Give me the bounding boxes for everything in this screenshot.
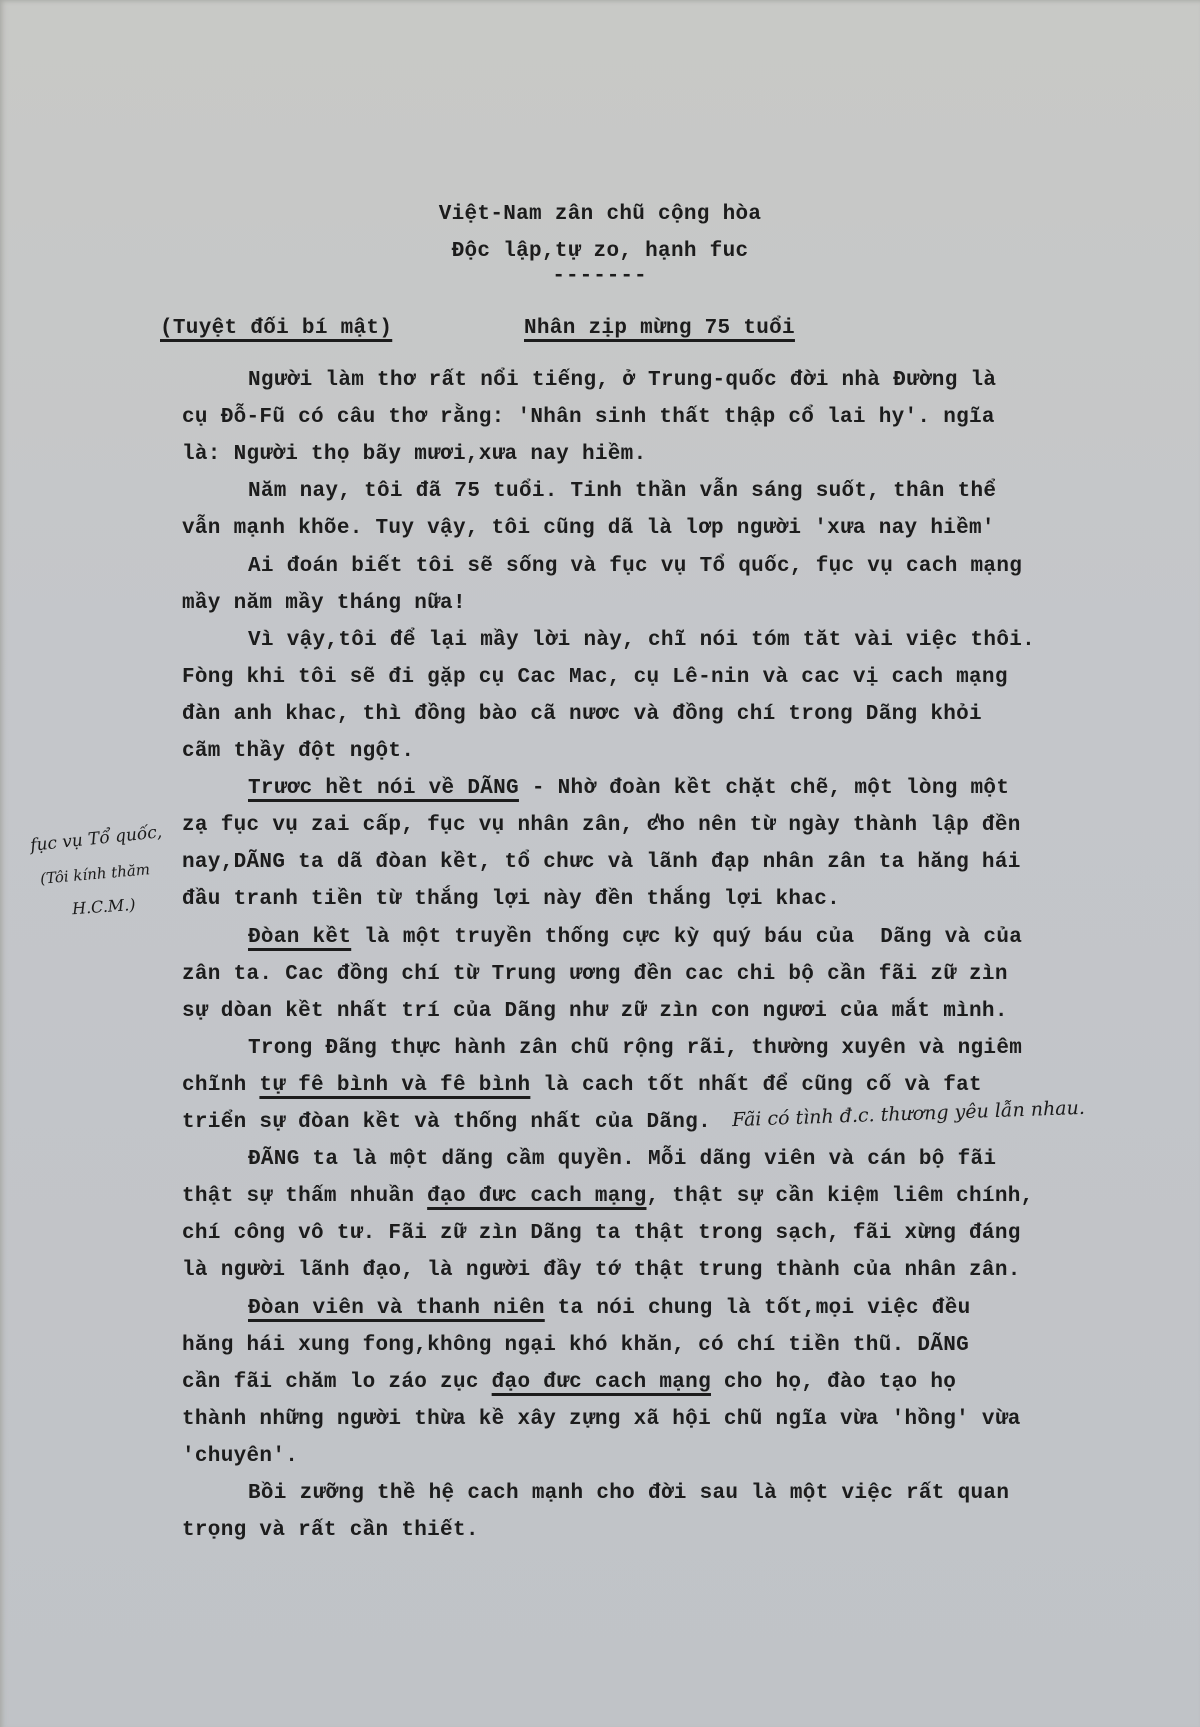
text-segment: Bồi zưỡng thề hệ cach mạnh cho đời sau l…	[248, 1482, 1009, 1505]
text-segment: là: Người thọ bãy mươi,xưa nay hiềm.	[182, 443, 646, 466]
text-line: Vì vậy,tôi để lại mầy lời này, chĩ nói t…	[248, 630, 1035, 651]
classification-label: (Tuyệt đối bí mật)	[160, 318, 392, 339]
text-line: Bồi zưỡng thề hệ cach mạnh cho đời sau l…	[248, 1483, 1009, 1504]
header-rule: -------	[0, 266, 1200, 287]
text-line: Người làm thơ rất nổi tiếng, ở Trung-quố…	[248, 370, 996, 391]
text-line: 'chuyên'.	[182, 1446, 298, 1467]
text-line: zân ta. Cac đồng chí từ Trung ương đền c…	[182, 964, 1008, 985]
text-segment: ta nói chung là tốt,mọi việc đều	[545, 1297, 971, 1320]
margin-note-line-3: H.C.M.)	[71, 896, 136, 918]
margin-note-line-1: fục vụ Tổ quốc,	[29, 823, 163, 855]
text-line: Fòng khi tôi sẽ đi gặp cụ Cac Mac, cụ Lê…	[182, 667, 1008, 688]
underlined-phrase: Đòan viên và thanh niên	[248, 1297, 545, 1320]
text-segment: cho họ, đào tạo họ	[711, 1371, 956, 1394]
text-line: triển sự đòan kềt và thống nhất của Dãng…	[182, 1112, 711, 1133]
text-segment: là một truyền thống cực kỳ quý báu của D…	[351, 926, 1022, 949]
text-line: Trươc hềt nói về DÃNG - Nhờ đoàn kềt chặ…	[248, 778, 1009, 799]
underlined-phrase: đạo đưc cach mạng	[492, 1371, 711, 1394]
text-line: thành những người thừa kề xây zựng xã hộ…	[182, 1409, 1021, 1430]
text-segment: Fòng khi tôi sẽ đi gặp cụ Cac Mac, cụ Lê…	[182, 666, 1008, 689]
text-segment: - Nhờ đoàn kềt chặt chẽ, một lòng một	[519, 777, 1009, 800]
text-line: vẫn mạnh khõe. Tuy vậy, tôi cũng dã là l…	[182, 518, 995, 539]
text-line: cụ Đỗ-Fũ có câu thơ rằng: 'Nhân sinh thấ…	[182, 407, 995, 428]
text-segment: cụ Đỗ-Fũ có câu thơ rằng: 'Nhân sinh thấ…	[182, 406, 995, 429]
text-line: zạ fục vụ zai cấp, fục vụ nhân zân, cho …	[182, 815, 1021, 836]
text-segment: là người lãnh đạo, là người đầy tớ thật …	[182, 1259, 1021, 1282]
text-segment: chí công vô tư. Fãi zữ zìn Dãng ta thật …	[182, 1222, 1021, 1245]
text-segment: cần fãi chăm lo záo zục	[182, 1371, 492, 1394]
text-segment: Trong Đãng thực hành zân chũ rộng rãi, t…	[248, 1037, 1022, 1060]
underlined-phrase: tự fê bình và fê bình	[259, 1074, 530, 1097]
margin-note-line-2: (Tôi kính thăm	[39, 861, 150, 887]
text-line: Đòan viên và thanh niên ta nói chung là …	[248, 1298, 971, 1319]
text-line: mầy năm mầy tháng nữa!	[182, 593, 466, 614]
text-segment: , thật sự cần kiệm liêm chính,	[646, 1185, 1033, 1208]
text-segment: thành những người thừa kề xây zựng xã hộ…	[182, 1408, 1021, 1431]
text-segment: 'chuyên'.	[182, 1445, 298, 1468]
text-line: chĩnh tự fê bình và fê bình là cach tốt …	[182, 1075, 982, 1096]
text-line: Năm nay, tôi đã 75 tuổi. Tinh thần vẫn s…	[248, 481, 996, 502]
text-segment: trọng và rất cần thiết.	[182, 1519, 479, 1542]
text-segment: thật sự thấm nhuần	[182, 1185, 427, 1208]
inline-handwritten-note: Fãi có tình đ.c. thương yêu lẫn nhau.	[732, 1098, 1085, 1131]
text-segment: mầy năm mầy tháng nữa!	[182, 592, 466, 615]
text-line: hăng hái xung fong,không ngại khó khăn, …	[182, 1335, 969, 1356]
text-segment: Năm nay, tôi đã 75 tuổi. Tinh thần vẫn s…	[248, 480, 996, 503]
text-line: Đòan kềt là một truyền thống cực kỳ quý …	[248, 927, 1022, 948]
text-segment: là cach tốt nhất để cũng cố và fat	[530, 1074, 982, 1097]
document-page: Việt-Nam zân chũ cộng hòa Độc lập,tự zo,…	[0, 0, 1200, 1727]
text-segment: đàn anh khac, thì đồng bào cã nươc và đồ…	[182, 703, 982, 726]
text-line: là người lãnh đạo, là người đầy tớ thật …	[182, 1260, 1021, 1281]
text-segment: zân ta. Cac đồng chí từ Trung ương đền c…	[182, 963, 1008, 986]
text-line: đàn anh khac, thì đồng bào cã nươc và đồ…	[182, 704, 982, 725]
text-line: nay,DÃNG ta dã đòan kềt, tổ chưc và lãnh…	[182, 852, 1021, 873]
underlined-phrase: Đòan kềt	[248, 926, 351, 949]
text-line: sự dòan kềt nhất trí của Dãng như zữ zìn…	[182, 1001, 1008, 1022]
text-line: trọng và rất cần thiết.	[182, 1520, 479, 1541]
text-segment: triển sự đòan kềt và thống nhất của Dãng…	[182, 1111, 711, 1134]
text-segment: nay,DÃNG ta dã đòan kềt, tổ chưc và lãnh…	[182, 851, 1021, 874]
text-line: thật sự thấm nhuần đạo đưc cach mạng, th…	[182, 1186, 1034, 1207]
underlined-phrase: đạo đưc cach mạng	[427, 1185, 646, 1208]
text-line: Ai đoán biết tôi sẽ sống và fục vụ Tổ qu…	[248, 556, 1022, 577]
text-segment: zạ fục vụ zai cấp, fục vụ nhân zân, cho …	[182, 814, 1021, 837]
text-segment: đầu tranh tiền từ thắng lợi này đền thắn…	[182, 888, 840, 911]
header-line-2: Độc lập,tự zo, hạnh fuc	[0, 241, 1200, 262]
insertion-caret-icon: ⋏	[650, 806, 665, 830]
text-segment: vẫn mạnh khõe. Tuy vậy, tôi cũng dã là l…	[182, 517, 995, 540]
text-line: là: Người thọ bãy mươi,xưa nay hiềm.	[182, 444, 646, 465]
text-line: ĐÃNG ta là một dãng cầm quyền. Mỗi dãng …	[248, 1149, 996, 1170]
text-segment: sự dòan kềt nhất trí của Dãng như zữ zìn…	[182, 1000, 1008, 1023]
underlined-phrase: Trươc hềt nói về DÃNG	[248, 777, 519, 800]
text-segment: ĐÃNG ta là một dãng cầm quyền. Mỗi dãng …	[248, 1148, 996, 1171]
text-line: cãm thầy đột ngột.	[182, 741, 414, 762]
text-line: Trong Đãng thực hành zân chũ rộng rãi, t…	[248, 1038, 1022, 1059]
text-segment: hăng hái xung fong,không ngại khó khăn, …	[182, 1334, 969, 1357]
text-segment: Người làm thơ rất nổi tiếng, ở Trung-quố…	[248, 369, 996, 392]
text-line: cần fãi chăm lo záo zục đạo đưc cach mạn…	[182, 1372, 956, 1393]
text-segment: chĩnh	[182, 1074, 259, 1097]
text-line: chí công vô tư. Fãi zữ zìn Dãng ta thật …	[182, 1223, 1021, 1244]
text-line: đầu tranh tiền từ thắng lợi này đền thắn…	[182, 889, 840, 910]
text-segment: Ai đoán biết tôi sẽ sống và fục vụ Tổ qu…	[248, 555, 1022, 578]
text-segment: Vì vậy,tôi để lại mầy lời này, chĩ nói t…	[248, 629, 1035, 652]
header-line-1: Việt-Nam zân chũ cộng hòa	[0, 204, 1200, 225]
document-title: Nhân zịp mừng 75 tuổi	[524, 318, 795, 339]
text-segment: cãm thầy đột ngột.	[182, 740, 414, 763]
